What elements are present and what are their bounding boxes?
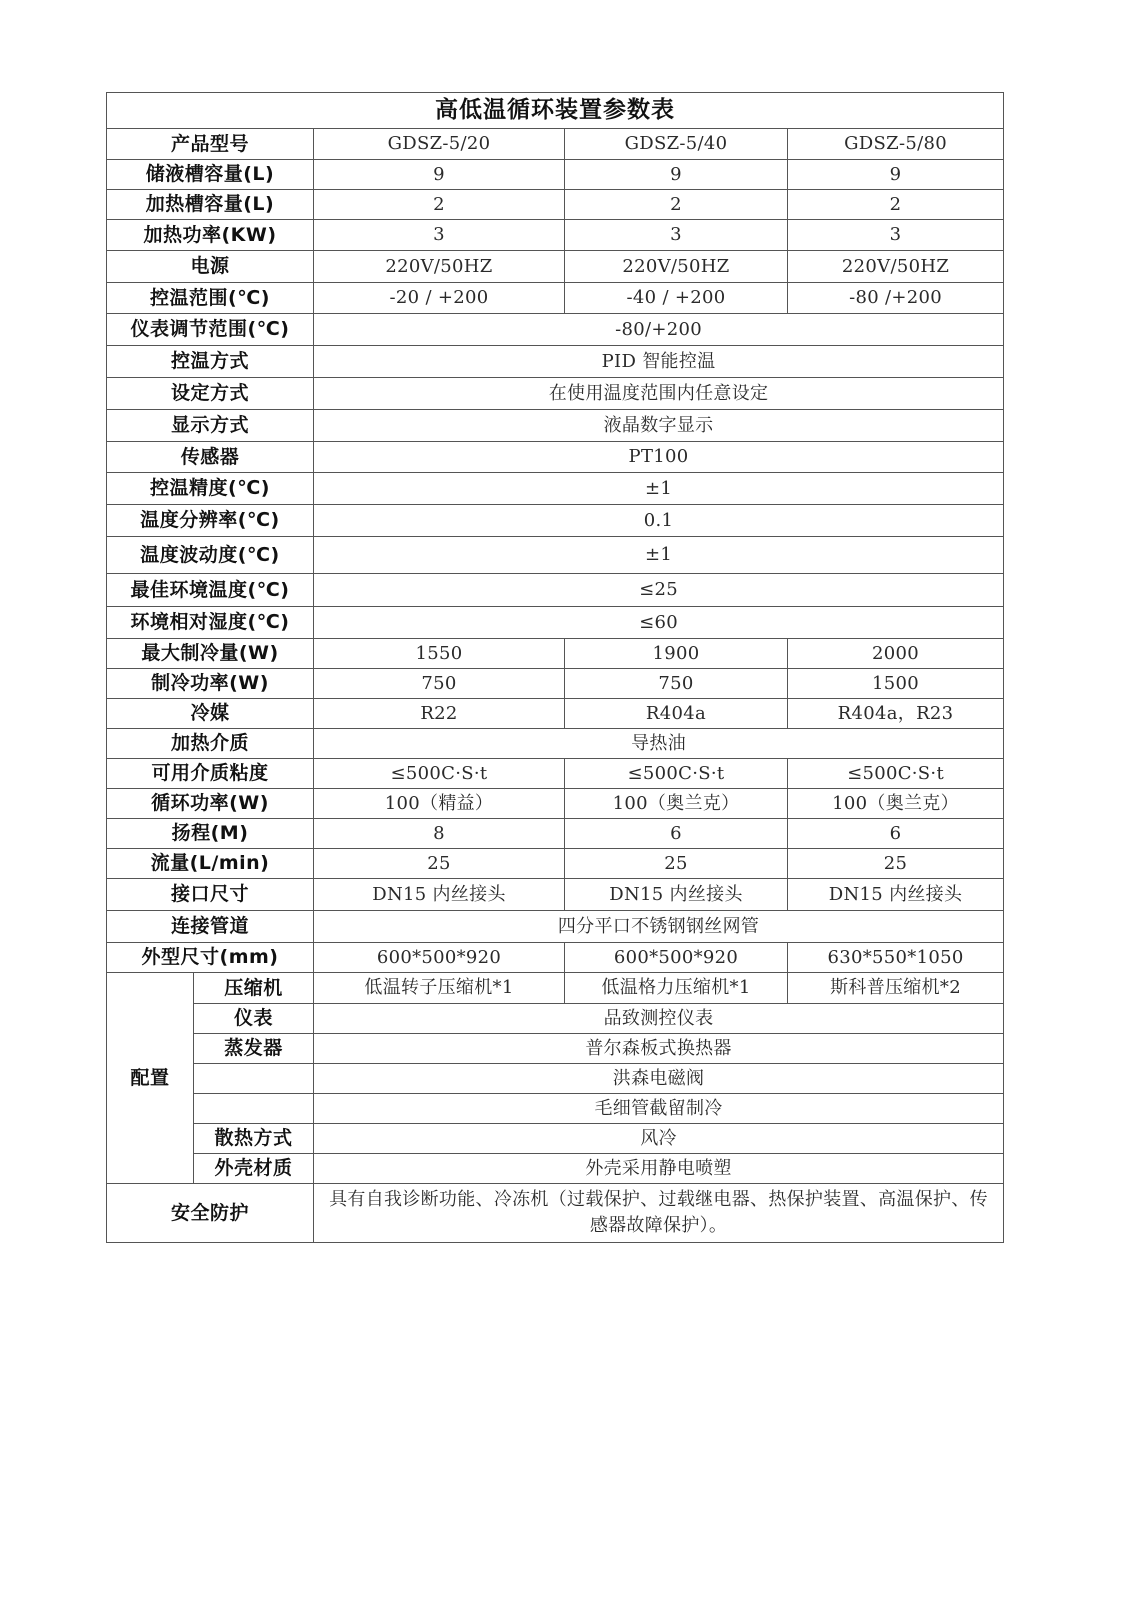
config-row: 散热方式 风冷 bbox=[107, 1124, 1004, 1154]
config-row: 蒸发器 普尔森板式换热器 bbox=[107, 1034, 1004, 1064]
table-row: 设定方式 在使用温度范围内任意设定 bbox=[107, 378, 1004, 410]
cell: 9 bbox=[314, 160, 565, 190]
row-label: 最佳环境温度(℃) bbox=[107, 574, 314, 607]
cell: PT100 bbox=[314, 442, 1004, 473]
cell: ≤500C·S·t bbox=[565, 759, 788, 789]
table-row: 储液槽容量(L) 9 9 9 bbox=[107, 160, 1004, 190]
table-row: 控温范围(℃) -20 / +200 -40 / +200 -80 /+200 bbox=[107, 283, 1004, 314]
row-label: 传感器 bbox=[107, 442, 314, 473]
table-row: 加热槽容量(L) 2 2 2 bbox=[107, 190, 1004, 220]
cell: R22 bbox=[314, 699, 565, 729]
cell: 25 bbox=[314, 849, 565, 879]
row-label: 加热功率(KW) bbox=[107, 220, 314, 251]
cell: 导热油 bbox=[314, 729, 1004, 759]
cell: 2000 bbox=[788, 639, 1004, 669]
config-item-label: 外壳材质 bbox=[194, 1154, 314, 1184]
cell: ≤60 bbox=[314, 607, 1004, 639]
row-label: 加热槽容量(L) bbox=[107, 190, 314, 220]
cell: ±1 bbox=[314, 473, 1004, 505]
cell: 低温格力压缩机*1 bbox=[565, 973, 788, 1004]
table-row-model: 产品型号 GDSZ-5/20 GDSZ-5/40 GDSZ-5/80 bbox=[107, 129, 1004, 160]
cell: DN15 内丝接头 bbox=[314, 879, 565, 911]
cell: 100（奥兰克） bbox=[788, 789, 1004, 819]
cell: 外壳采用静电喷塑 bbox=[314, 1154, 1004, 1184]
row-label: 连接管道 bbox=[107, 911, 314, 943]
config-item-label: 压缩机 bbox=[194, 973, 314, 1004]
cell: 6 bbox=[565, 819, 788, 849]
table-row: 最大制冷量(W) 1550 1900 2000 bbox=[107, 639, 1004, 669]
cell: 3 bbox=[788, 220, 1004, 251]
row-label: 冷媒 bbox=[107, 699, 314, 729]
cell: 6 bbox=[788, 819, 1004, 849]
table-row: 可用介质粘度 ≤500C·S·t ≤500C·S·t ≤500C·S·t bbox=[107, 759, 1004, 789]
config-item-label: 蒸发器 bbox=[194, 1034, 314, 1064]
row-label: 外型尺寸(mm) bbox=[107, 943, 314, 973]
table-row: 加热功率(KW) 3 3 3 bbox=[107, 220, 1004, 251]
cell: 2 bbox=[788, 190, 1004, 220]
parameter-table: 高低温循环装置参数表 产品型号 GDSZ-5/20 GDSZ-5/40 GDSZ… bbox=[106, 92, 1004, 1243]
cell: 品致测控仪表 bbox=[314, 1004, 1004, 1034]
row-label: 储液槽容量(L) bbox=[107, 160, 314, 190]
row-label: 电源 bbox=[107, 251, 314, 283]
cell: 2 bbox=[565, 190, 788, 220]
cell: 220V/50HZ bbox=[565, 251, 788, 283]
cell: 风冷 bbox=[314, 1124, 1004, 1154]
safety-row: 安全防护 具有自我诊断功能、冷冻机（过载保护、过载继电器、热保护装置、高温保护、… bbox=[107, 1184, 1004, 1243]
row-label: 设定方式 bbox=[107, 378, 314, 410]
cell: 600*500*920 bbox=[565, 943, 788, 973]
table-row: 温度波动度(℃) ±1 bbox=[107, 537, 1004, 574]
cell: PID 智能控温 bbox=[314, 346, 1004, 378]
config-group-label: 配置 bbox=[107, 973, 194, 1184]
cell: ±1 bbox=[314, 537, 1004, 574]
row-label: 流量(L/min) bbox=[107, 849, 314, 879]
row-label: 扬程(M) bbox=[107, 819, 314, 849]
model-3: GDSZ-5/80 bbox=[788, 129, 1004, 160]
cell: 25 bbox=[565, 849, 788, 879]
row-label: 温度波动度(℃) bbox=[107, 537, 314, 574]
table-row: 扬程(M) 8 6 6 bbox=[107, 819, 1004, 849]
cell: 0.1 bbox=[314, 505, 1004, 537]
model-2: GDSZ-5/40 bbox=[565, 129, 788, 160]
cell: 四分平口不锈钢钢丝网管 bbox=[314, 911, 1004, 943]
cell: DN15 内丝接头 bbox=[565, 879, 788, 911]
safety-description: 具有自我诊断功能、冷冻机（过载保护、过载继电器、热保护装置、高温保护、传感器故障… bbox=[314, 1184, 1004, 1243]
table-row: 控温精度(℃) ±1 bbox=[107, 473, 1004, 505]
cell: 750 bbox=[314, 669, 565, 699]
table-row: 传感器 PT100 bbox=[107, 442, 1004, 473]
table-row: 流量(L/min) 25 25 25 bbox=[107, 849, 1004, 879]
cell: 洪森电磁阀 bbox=[314, 1064, 1004, 1094]
cell: R404a，R23 bbox=[788, 699, 1004, 729]
row-label: 最大制冷量(W) bbox=[107, 639, 314, 669]
cell: 液晶数字显示 bbox=[314, 410, 1004, 442]
cell: 600*500*920 bbox=[314, 943, 565, 973]
cell: DN15 内丝接头 bbox=[788, 879, 1004, 911]
table-title: 高低温循环装置参数表 bbox=[107, 93, 1004, 129]
cell: 100（奥兰克） bbox=[565, 789, 788, 819]
title-row: 高低温循环装置参数表 bbox=[107, 93, 1004, 129]
row-label: 环境相对湿度(℃) bbox=[107, 607, 314, 639]
cell: 9 bbox=[788, 160, 1004, 190]
row-label: 制冷功率(W) bbox=[107, 669, 314, 699]
cell: 220V/50HZ bbox=[788, 251, 1004, 283]
config-row: 洪森电磁阀 bbox=[107, 1064, 1004, 1094]
table-row: 制冷功率(W) 750 750 1500 bbox=[107, 669, 1004, 699]
cell: 普尔森板式换热器 bbox=[314, 1034, 1004, 1064]
cell: 220V/50HZ bbox=[314, 251, 565, 283]
cell: -20 / +200 bbox=[314, 283, 565, 314]
cell: 3 bbox=[314, 220, 565, 251]
row-label: 循环功率(W) bbox=[107, 789, 314, 819]
config-item-label: 仪表 bbox=[194, 1004, 314, 1034]
row-label: 产品型号 bbox=[107, 129, 314, 160]
cell: R404a bbox=[565, 699, 788, 729]
cell: 毛细管截留制冷 bbox=[314, 1094, 1004, 1124]
row-label: 可用介质粘度 bbox=[107, 759, 314, 789]
config-item-label bbox=[194, 1064, 314, 1094]
cell: 低温转子压缩机*1 bbox=[314, 973, 565, 1004]
row-label: 控温方式 bbox=[107, 346, 314, 378]
cell: -40 / +200 bbox=[565, 283, 788, 314]
cell: 2 bbox=[314, 190, 565, 220]
row-label: 加热介质 bbox=[107, 729, 314, 759]
config-item-label bbox=[194, 1094, 314, 1124]
row-label: 接口尺寸 bbox=[107, 879, 314, 911]
cell: ≤500C·S·t bbox=[314, 759, 565, 789]
cell: ≤25 bbox=[314, 574, 1004, 607]
config-item-label: 散热方式 bbox=[194, 1124, 314, 1154]
table-row: 冷媒 R22 R404a R404a，R23 bbox=[107, 699, 1004, 729]
cell: 斯科普压缩机*2 bbox=[788, 973, 1004, 1004]
cell: 1900 bbox=[565, 639, 788, 669]
table-row: 连接管道 四分平口不锈钢钢丝网管 bbox=[107, 911, 1004, 943]
cell: 9 bbox=[565, 160, 788, 190]
cell: 630*550*1050 bbox=[788, 943, 1004, 973]
cell: 750 bbox=[565, 669, 788, 699]
row-label: 显示方式 bbox=[107, 410, 314, 442]
cell: -80 /+200 bbox=[788, 283, 1004, 314]
cell: 1550 bbox=[314, 639, 565, 669]
table-row: 循环功率(W) 100（精益） 100（奥兰克） 100（奥兰克） bbox=[107, 789, 1004, 819]
table-row: 接口尺寸 DN15 内丝接头 DN15 内丝接头 DN15 内丝接头 bbox=[107, 879, 1004, 911]
table-row: 仪表调节范围(℃) -80/+200 bbox=[107, 314, 1004, 346]
cell: 25 bbox=[788, 849, 1004, 879]
table-row: 外型尺寸(mm) 600*500*920 600*500*920 630*550… bbox=[107, 943, 1004, 973]
row-label: 控温范围(℃) bbox=[107, 283, 314, 314]
table-row: 环境相对湿度(℃) ≤60 bbox=[107, 607, 1004, 639]
row-label: 安全防护 bbox=[107, 1184, 314, 1243]
config-row: 配置 压缩机 低温转子压缩机*1 低温格力压缩机*1 斯科普压缩机*2 bbox=[107, 973, 1004, 1004]
table-row: 显示方式 液晶数字显示 bbox=[107, 410, 1004, 442]
cell: 在使用温度范围内任意设定 bbox=[314, 378, 1004, 410]
model-1: GDSZ-5/20 bbox=[314, 129, 565, 160]
row-label: 仪表调节范围(℃) bbox=[107, 314, 314, 346]
table-row: 温度分辨率(℃) 0.1 bbox=[107, 505, 1004, 537]
cell: -80/+200 bbox=[314, 314, 1004, 346]
config-row: 外壳材质 外壳采用静电喷塑 bbox=[107, 1154, 1004, 1184]
cell: 8 bbox=[314, 819, 565, 849]
row-label: 温度分辨率(℃) bbox=[107, 505, 314, 537]
config-row: 仪表 品致测控仪表 bbox=[107, 1004, 1004, 1034]
table-row: 控温方式 PID 智能控温 bbox=[107, 346, 1004, 378]
table-row: 加热介质 导热油 bbox=[107, 729, 1004, 759]
cell: 1500 bbox=[788, 669, 1004, 699]
config-row: 毛细管截留制冷 bbox=[107, 1094, 1004, 1124]
table-row: 电源 220V/50HZ 220V/50HZ 220V/50HZ bbox=[107, 251, 1004, 283]
cell: 100（精益） bbox=[314, 789, 565, 819]
row-label: 控温精度(℃) bbox=[107, 473, 314, 505]
table-row: 最佳环境温度(℃) ≤25 bbox=[107, 574, 1004, 607]
cell: ≤500C·S·t bbox=[788, 759, 1004, 789]
cell: 3 bbox=[565, 220, 788, 251]
